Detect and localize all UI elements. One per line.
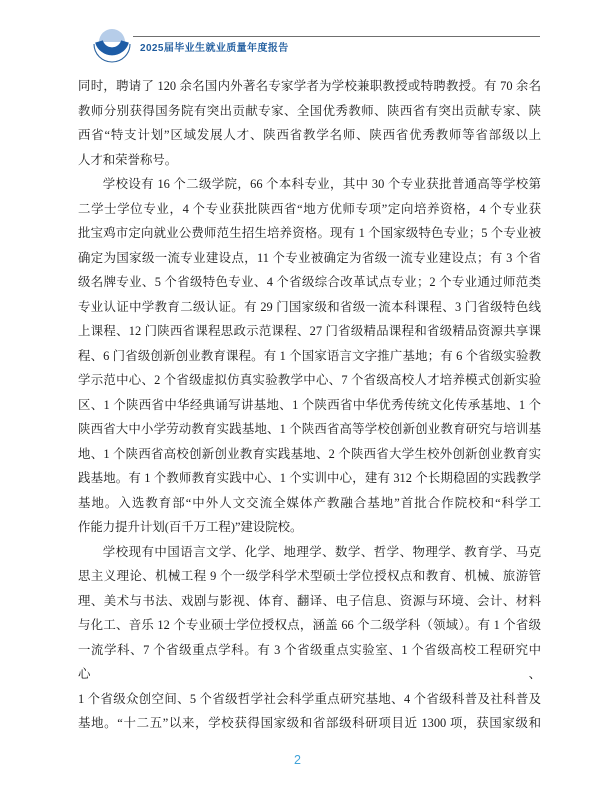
text-line: 与化工、音乐 12 个专业硕士学位授权点，涵盖 66 个二级学科（领域）。有 1… xyxy=(78,613,541,638)
text-line: 思主义理论、机械工程 9 个一级学科学术型硕士学位授权点和教育、机械、旅游管 xyxy=(78,564,541,589)
text-line: 批宝鸡市定向就业公费师范生招生培养资格。现有 1 个国家级特色专业；5 个专业被 xyxy=(78,221,541,246)
page-footer: 2 xyxy=(0,753,595,767)
text-line: 上课程、12 门陕西省课程思政示范课程、27 门省级精品课程和省级精品资源共享课 xyxy=(78,319,541,344)
text-line: 践基地。有 1 个教师教育实践中心、1 个实训中心，建有 312 个长期稳固的实… xyxy=(78,466,541,491)
text-line: 陕西省大中小学劳动教育实践基地、1 个陕西省高等学校创新创业教育研究与培训基 xyxy=(78,417,541,442)
text-line: 学示范中心、2 个省级虚拟仿真实验教学中心、7 个省级高校人才培养模式创新实验 xyxy=(78,368,541,393)
text-line: 确定为国家级一流专业建设点，11 个专业被确定为省级一流专业建设点；有 3 个省 xyxy=(78,246,541,271)
text-line: 人才和荣誉称号。 xyxy=(78,148,541,173)
text-line: 专业认证中学教育二级认证。有 29 门国家级和省级一流本科课程、3 门省级特色线 xyxy=(78,295,541,320)
text-line: 级名牌专业、5 个省级特色专业、4 个省级综合改革试点专业；2 个专业通过师范类 xyxy=(78,270,541,295)
text-line: 西省“特支计划”区域发展人才、陕西省教学名师、陕西省优秀教师等省部级以上 xyxy=(78,123,541,148)
text-line: 作能力提升计划(百千万工程)”建设院校。 xyxy=(78,515,541,540)
text-line: 教师分别获得国务院有突出贡献专家、全国优秀教师、陕西省有突出贡献专家、陕 xyxy=(78,99,541,124)
document-body: 同时，聘请了 120 余名国内外著名专家学者为学校兼职教授或特聘教授。有 70 … xyxy=(78,74,541,736)
text-line: 学校设有 16 个二级学院，66 个本科专业，其中 30 个专业获批普通高等学校… xyxy=(78,172,541,197)
page-number: 2 xyxy=(294,753,301,767)
text-line: 理、美术与书法、戏剧与影视、体育、翻译、电子信息、资源与环境、会计、材料 xyxy=(78,589,541,614)
text-line: 一流学科、7 个省级重点学科。有 3 个省级重点实验室、1 个省级高校工程研究中… xyxy=(78,638,541,687)
text-line: 二学士学位专业，4 个专业获批陕西省“地方优师专项”定向培养资格，4 个专业获 xyxy=(78,197,541,222)
text-line: 程、6 门省级创新创业教育课程。有 1 个国家语言文字推广基地；有 6 个省级实… xyxy=(78,344,541,369)
text-line: 基地。入选教育部“中外人文交流全媒体产教融合基地”首批合作院校和“科学工 xyxy=(78,491,541,516)
text-line: 地、1 个陕西省高校创新创业教育实践基地、2 个陕西省大学生校外创新创业教育实 xyxy=(78,442,541,467)
document-page: 2025届毕业生就业质量年度报告 同时，聘请了 120 余名国内外著名专家学者为… xyxy=(0,0,595,808)
text-line: 1 个省级众创空间、5 个省级哲学社会科学重点研究基地、4 个省级科普及社科普及 xyxy=(78,687,541,712)
text-line: 学校现有中国语言文学、化学、地理学、数学、哲学、物理学、教育学、马克 xyxy=(78,540,541,565)
header-title: 2025届毕业生就业质量年度报告 xyxy=(140,39,289,54)
text-line: 基地。“十二五”以来，学校获得国家级和省部级科研项目近 1300 项，获国家级和 xyxy=(78,711,541,736)
text-line: 区、1 个陕西省中华经典诵写讲基地、1 个陕西省中华优秀传统文化传承基地、1 个 xyxy=(78,393,541,418)
school-logo-icon xyxy=(92,24,132,64)
header-rule xyxy=(133,36,540,37)
text-line: 同时，聘请了 120 余名国内外著名专家学者为学校兼职教授或特聘教授。有 70 … xyxy=(78,74,541,99)
